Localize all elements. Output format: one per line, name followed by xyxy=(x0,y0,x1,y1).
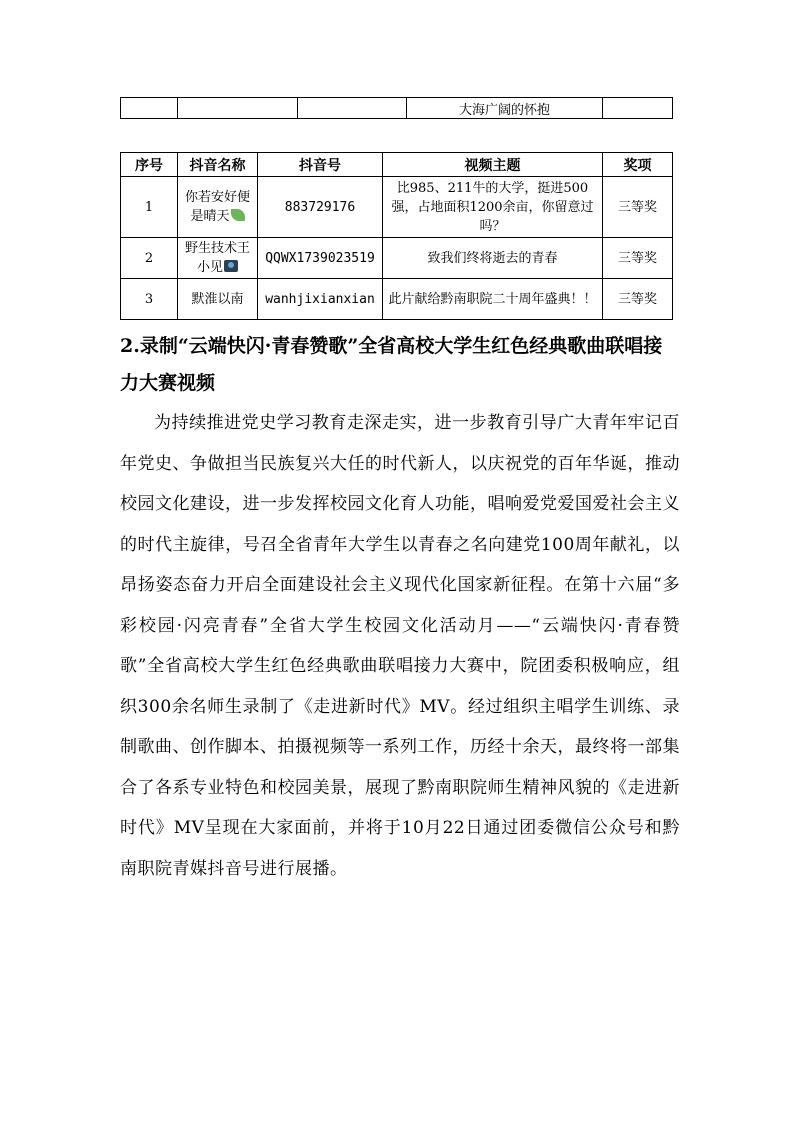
cell-index: 2 xyxy=(121,238,178,279)
cell-theme: 此片献给黔南职院二十周年盛典！！ xyxy=(383,279,603,320)
cell-id: 883729176 xyxy=(258,177,383,238)
header-award: 奖项 xyxy=(603,153,673,177)
table-row: 1 你若安好便是晴天 883729176 比985、211牛的大学，挺进500强… xyxy=(121,177,673,238)
cell-award: 三等奖 xyxy=(603,279,673,320)
table-row: 大海广阔的怀抱 xyxy=(121,98,673,119)
previous-table-fragment: 大海广阔的怀抱 xyxy=(120,97,673,119)
header-index: 序号 xyxy=(121,153,178,177)
table-row: 2 野生技术王小见 QQWX1739023519 致我们终将逝去的青春 三等奖 xyxy=(121,238,673,279)
leaf-icon xyxy=(231,209,245,221)
table-header-row: 序号 抖音名称 抖音号 视频主题 奖项 xyxy=(121,153,673,177)
header-theme: 视频主题 xyxy=(383,153,603,177)
header-id: 抖音号 xyxy=(258,153,383,177)
table-row: 3 默淮以南 wanhjixianxian 此片献给黔南职院二十周年盛典！！ 三… xyxy=(121,279,673,320)
cell-id: QQWX1739023519 xyxy=(258,238,383,279)
cell-award: 三等奖 xyxy=(603,177,673,238)
cell-theme: 比985、211牛的大学，挺进500强，占地面积1200余亩，你留意过吗？ xyxy=(383,177,603,238)
cell-theme: 致我们终将逝去的青春 xyxy=(383,238,603,279)
cell-id: wanhjixianxian xyxy=(258,279,383,320)
table-cell: 大海广阔的怀抱 xyxy=(407,98,603,119)
cell-name: 野生技术王小见 xyxy=(178,238,258,279)
cell-award: 三等奖 xyxy=(603,238,673,279)
account-name: 野生技术王小见 xyxy=(185,241,250,275)
cell-name: 你若安好便是晴天 xyxy=(178,177,258,238)
cell-name: 默淮以南 xyxy=(178,279,258,320)
section-heading: 2.录制“云端快闪·青春赞歌”全省高校大学生红色经典歌曲联唱接力大赛视频 xyxy=(120,328,680,402)
camera-icon xyxy=(224,260,238,272)
table-cell xyxy=(603,98,673,119)
header-name: 抖音名称 xyxy=(178,153,258,177)
body-paragraph: 为持续推进党史学习教育走深走实，进一步教育引导广大青年牢记百年党史、争做担当民族… xyxy=(120,403,680,889)
table-cell xyxy=(178,98,298,119)
cell-index: 1 xyxy=(121,177,178,238)
cell-index: 3 xyxy=(121,279,178,320)
table-cell xyxy=(121,98,178,119)
awards-table: 序号 抖音名称 抖音号 视频主题 奖项 1 你若安好便是晴天 883729176… xyxy=(120,152,673,320)
table-cell xyxy=(298,98,407,119)
